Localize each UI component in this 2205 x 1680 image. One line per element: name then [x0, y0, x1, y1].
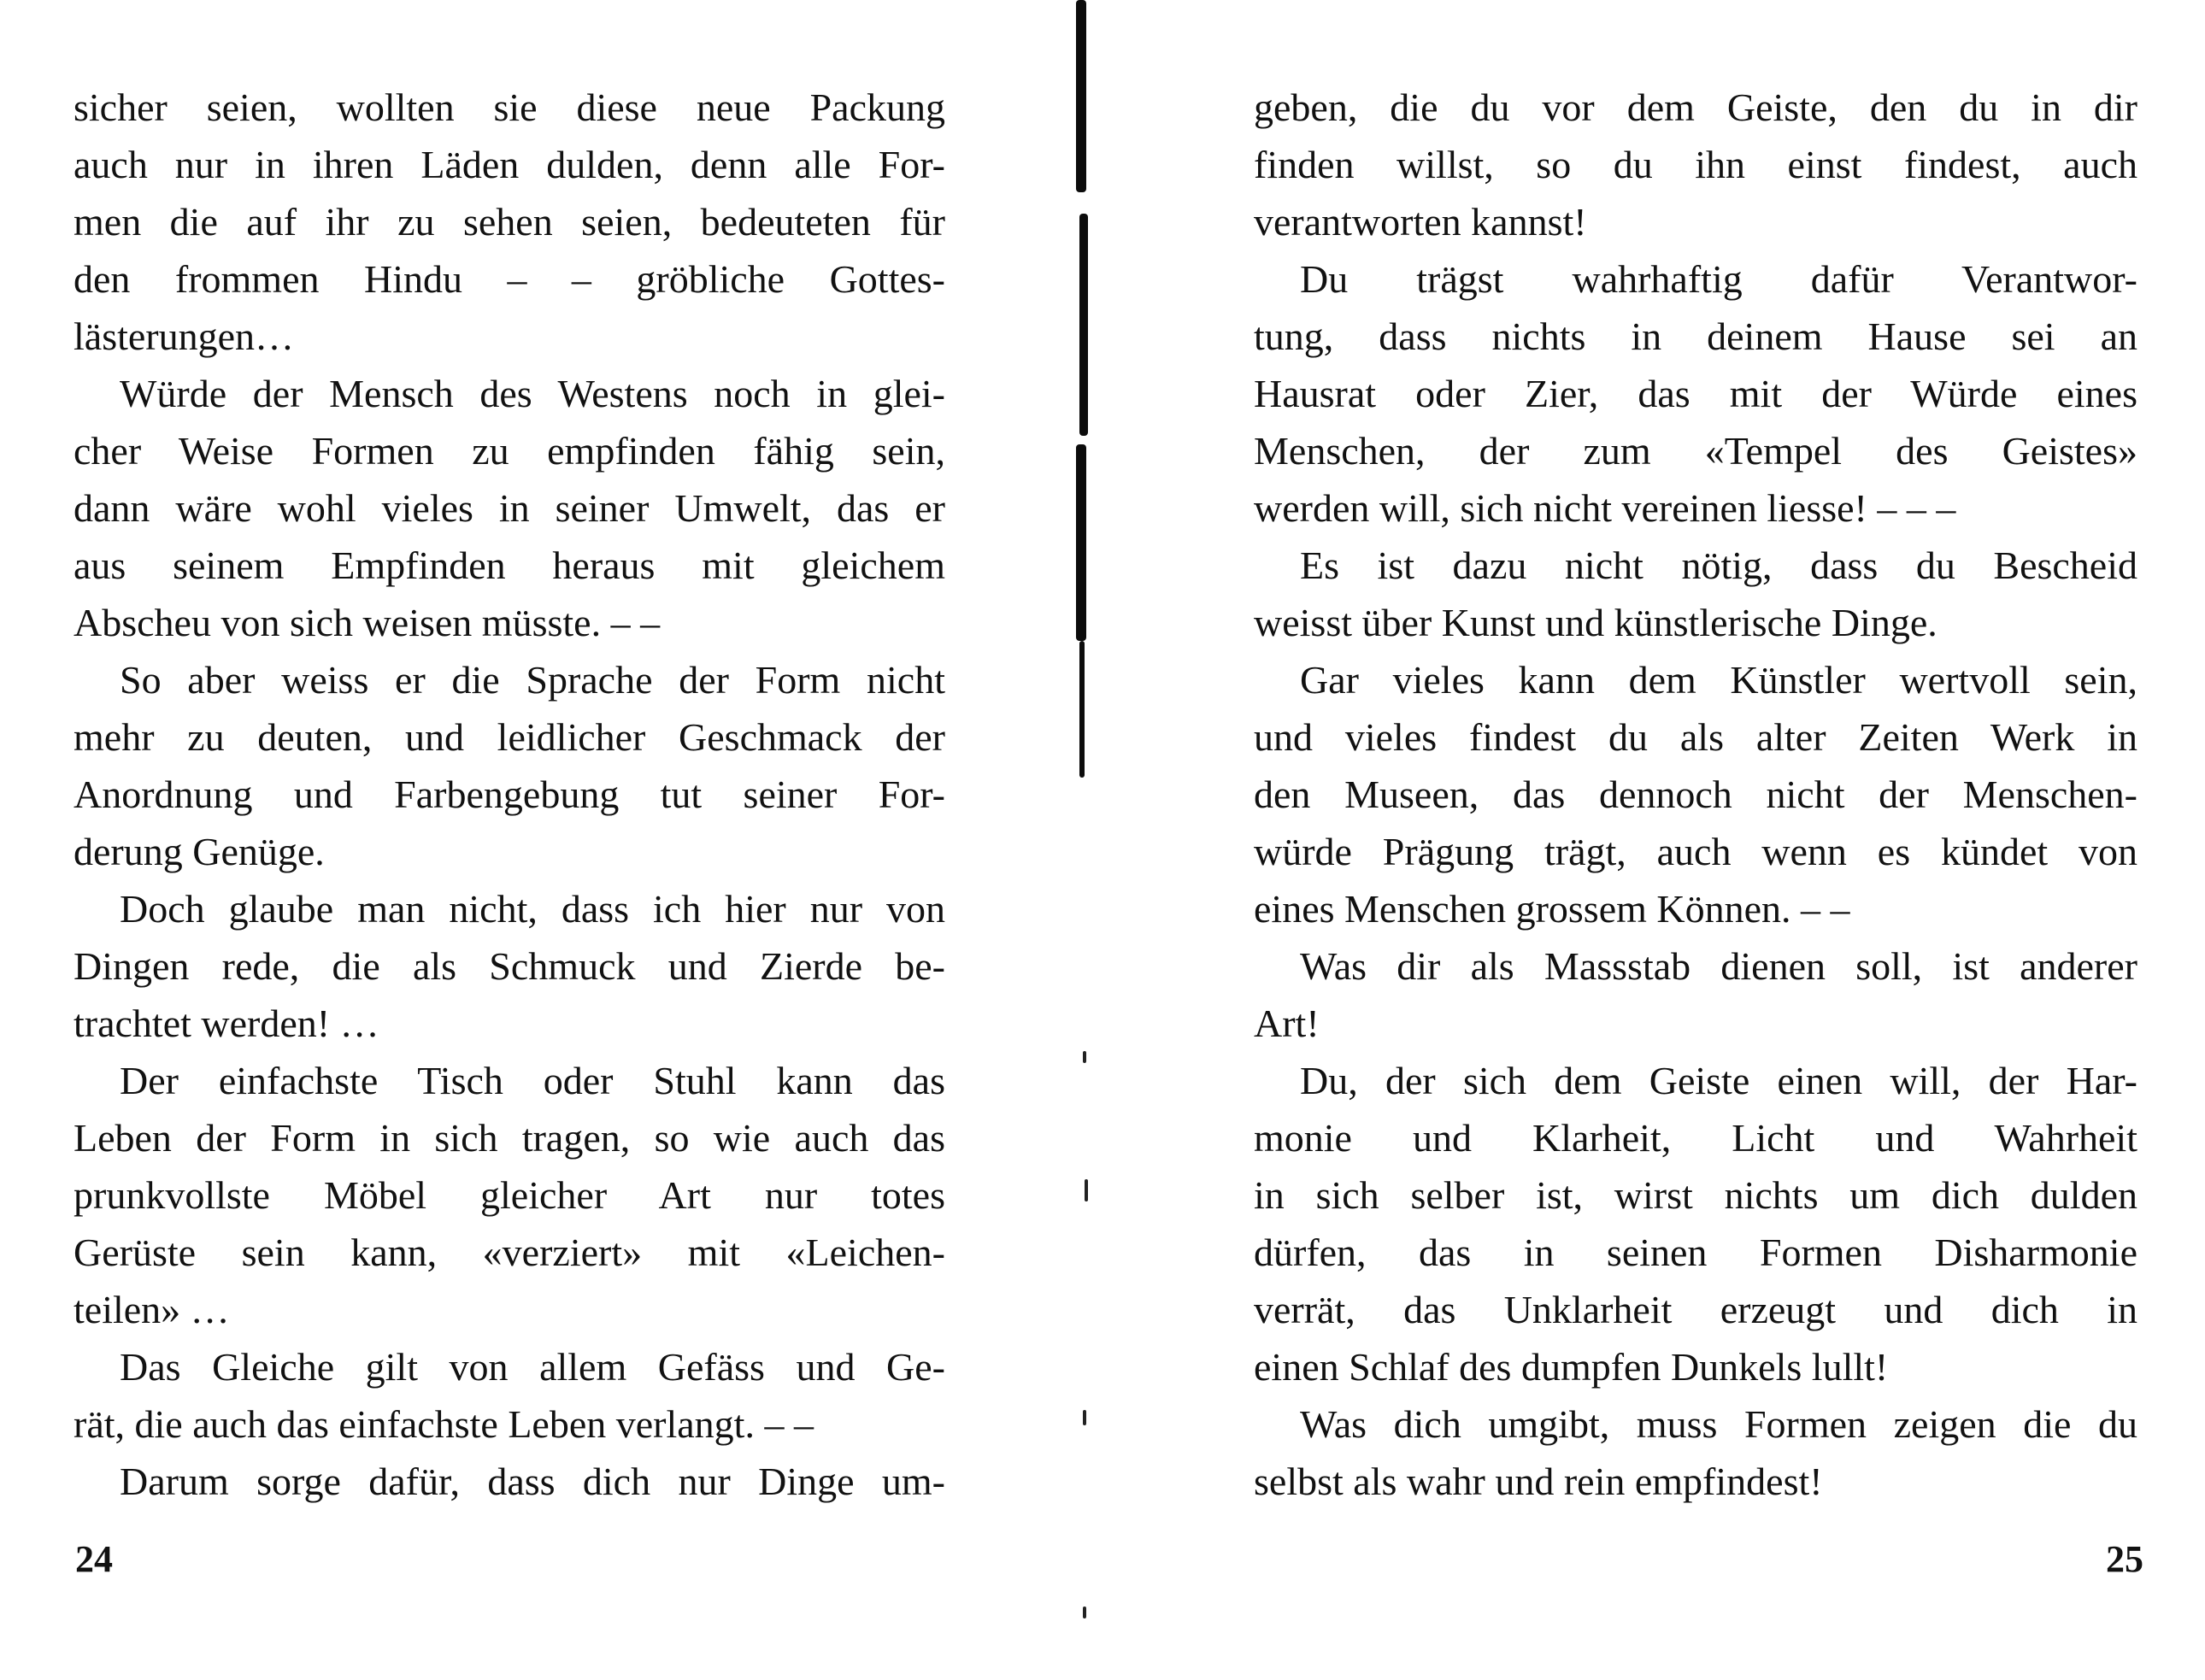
text-line: teilen» … [73, 1281, 945, 1338]
text-line: rät, die auch das einfachste Leben verla… [73, 1395, 945, 1453]
gutter-speck [1085, 1179, 1088, 1201]
text-line: geben, die du vor dem Geiste, den du in … [1254, 79, 2137, 136]
text-line: tung, dass nichts in deinem Hause sei an [1254, 308, 2137, 365]
page-number-right: 25 [2106, 1534, 2143, 1585]
text-line: Menschen, der zum «Tempel des Geistes» [1254, 422, 2137, 479]
text-line: finden willst, so du ihn einst findest, … [1254, 136, 2137, 193]
text-line: verantworten kannst! [1254, 193, 2137, 250]
book-gutter [1073, 0, 1095, 1680]
page-number-left: 24 [75, 1534, 113, 1585]
text-line: den frommen Hindu – – gröbliche Gottes- [73, 250, 945, 308]
text-line: würde Prägung trägt, auch wenn es kündet… [1254, 823, 2137, 880]
text-line: So aber weiss er die Sprache der Form ni… [73, 651, 945, 708]
text-line: Was dir als Massstab dienen soll, ist an… [1254, 937, 2137, 995]
left-page-text: sicher seien, wollten sie diese neue Pac… [73, 79, 945, 1510]
left-page: sicher seien, wollten sie diese neue Pac… [0, 0, 1077, 1680]
gutter-smudge [1079, 214, 1088, 436]
text-line: sicher seien, wollten sie diese neue Pac… [73, 79, 945, 136]
text-line: Du, der sich dem Geiste einen will, der … [1254, 1052, 2137, 1109]
text-line: Leben der Form in sich tragen, so wie au… [73, 1109, 945, 1166]
text-line: Der einfachste Tisch oder Stuhl kann das [73, 1052, 945, 1109]
gutter-speck [1083, 1410, 1086, 1425]
gutter-smudge [1079, 641, 1085, 778]
gutter-speck [1083, 1051, 1086, 1063]
text-line: einen Schlaf des dumpfen Dunkels lullt! [1254, 1338, 2137, 1395]
text-line: eines Menschen grossem Können. – – [1254, 880, 2137, 937]
text-line: prunkvollste Möbel gleicher Art nur tote… [73, 1166, 945, 1224]
text-line: lästerungen… [73, 308, 945, 365]
text-line: Anordnung und Farbengebung tut seiner Fo… [73, 766, 945, 823]
text-line: Was dich umgibt, muss Formen zeigen die … [1254, 1395, 2137, 1453]
text-line: derung Genüge. [73, 823, 945, 880]
right-page: geben, die du vor dem Geiste, den du in … [1102, 0, 2205, 1680]
text-line: Dingen rede, die als Schmuck und Zierde … [73, 937, 945, 995]
text-line: Würde der Mensch des Westens noch in gle… [73, 365, 945, 422]
text-line: Es ist dazu nicht nötig, dass du Beschei… [1254, 537, 2137, 594]
text-line: selbst als wahr und rein empfindest! [1254, 1453, 2137, 1510]
text-line: Abscheu von sich weisen müsste. – – [73, 594, 945, 651]
text-line: werden will, sich nicht vereinen liesse!… [1254, 479, 2137, 537]
text-line: Gerüste sein kann, «verziert» mit «Leich… [73, 1224, 945, 1281]
text-line: verrät, das Unklarheit erzeugt und dich … [1254, 1281, 2137, 1338]
text-line: Hausrat oder Zier, das mit der Würde ein… [1254, 365, 2137, 422]
text-line: cher Weise Formen zu empfinden fähig sei… [73, 422, 945, 479]
text-line: dürfen, das in seinen Formen Disharmonie [1254, 1224, 2137, 1281]
text-line: Darum sorge dafür, dass dich nur Dinge u… [73, 1453, 945, 1510]
text-line: auch nur in ihren Läden dulden, denn all… [73, 136, 945, 193]
text-line: men die auf ihr zu sehen seien, bedeutet… [73, 193, 945, 250]
text-line: mehr zu deuten, und leidlicher Geschmack… [73, 708, 945, 766]
text-line: dann wäre wohl vieles in seiner Umwelt, … [73, 479, 945, 537]
text-line: Das Gleiche gilt von allem Gefäss und Ge… [73, 1338, 945, 1395]
gutter-smudge [1076, 444, 1086, 641]
text-line: Doch glaube man nicht, dass ich hier nur… [73, 880, 945, 937]
gutter-smudge [1076, 0, 1086, 192]
right-page-text: geben, die du vor dem Geiste, den du in … [1254, 79, 2137, 1510]
text-line: trachtet werden! … [73, 995, 945, 1052]
text-line: und vieles findest du als alter Zeiten W… [1254, 708, 2137, 766]
text-line: weisst über Kunst und künstlerische Ding… [1254, 594, 2137, 651]
text-line: Art! [1254, 995, 2137, 1052]
text-line: den Museen, das dennoch nicht der Mensch… [1254, 766, 2137, 823]
text-line: aus seinem Empfinden heraus mit gleichem [73, 537, 945, 594]
text-line: monie und Klarheit, Licht und Wahrheit [1254, 1109, 2137, 1166]
text-line: Gar vieles kann dem Künstler wertvoll se… [1254, 651, 2137, 708]
text-line: Du trägst wahrhaftig dafür Verantwor- [1254, 250, 2137, 308]
gutter-speck [1083, 1607, 1086, 1618]
text-line: in sich selber ist, wirst nichts um dich… [1254, 1166, 2137, 1224]
